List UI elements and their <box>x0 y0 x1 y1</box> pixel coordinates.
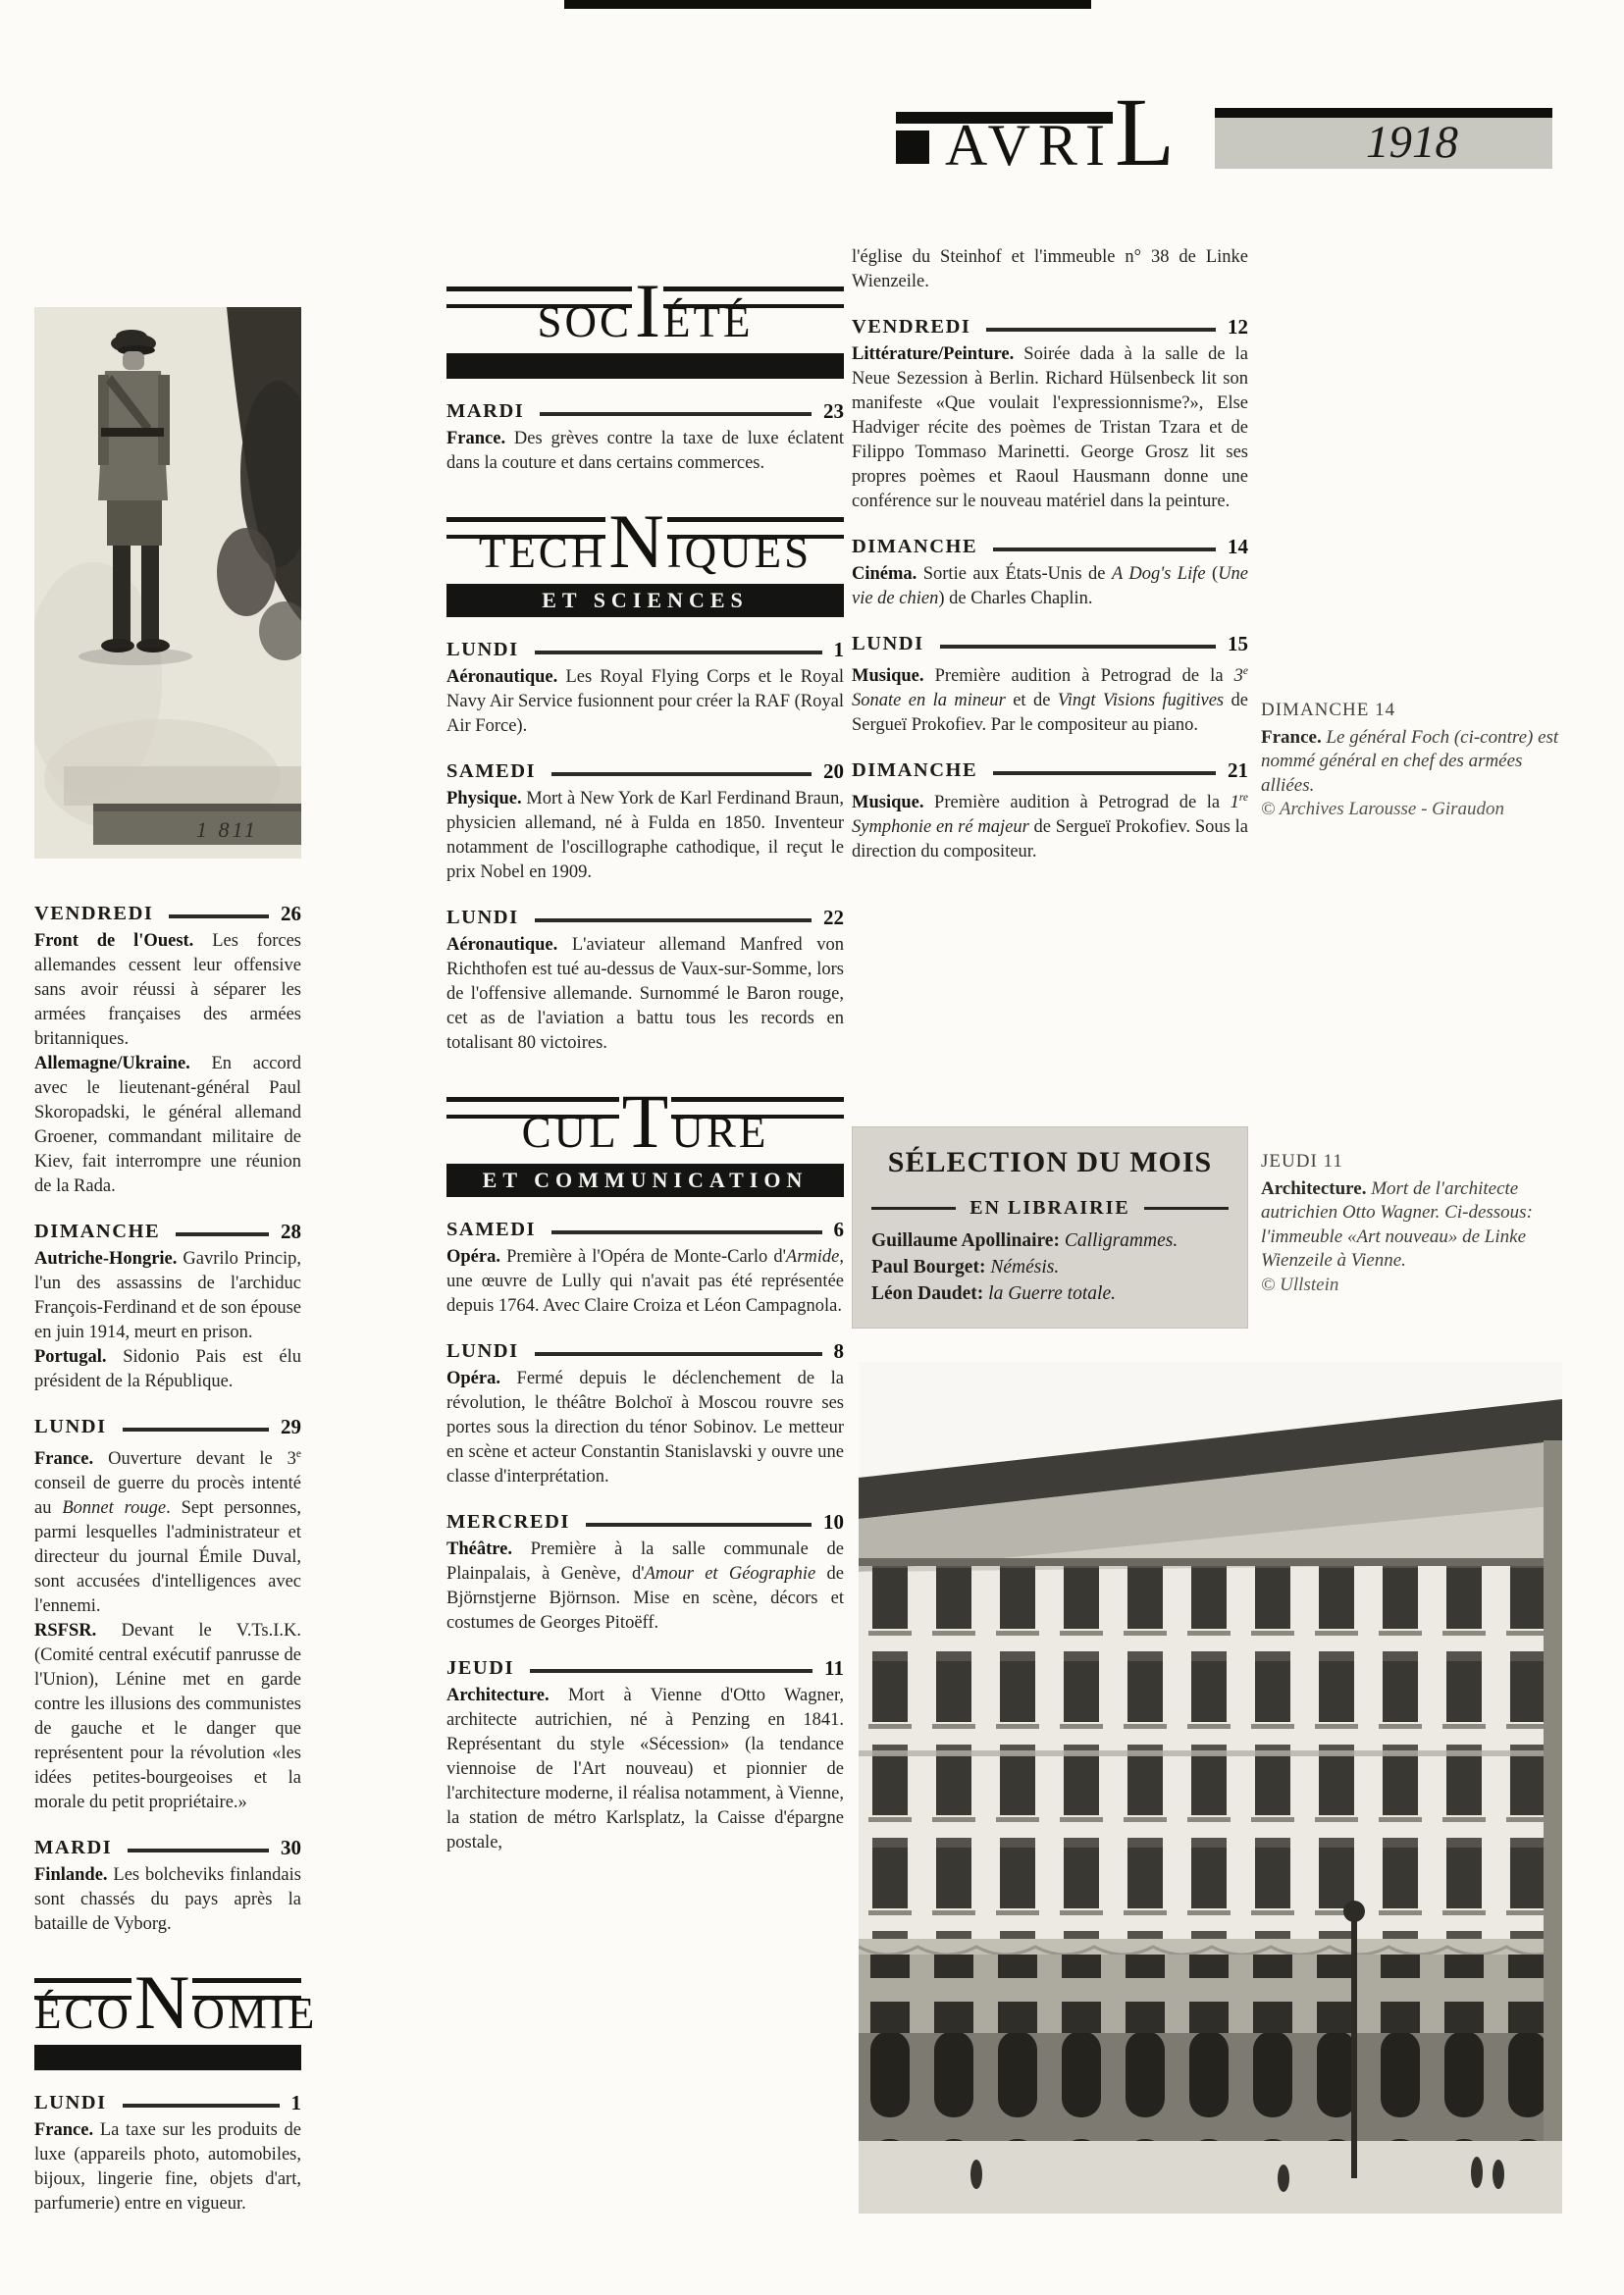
text-segment: 3 <box>1234 666 1243 686</box>
right-column: l'église du Steinhof et l'immeuble n° 38… <box>852 245 1248 864</box>
entry-day-rule <box>540 411 812 416</box>
caption-body: France. Le général Foch (ci-contre) est … <box>1261 726 1563 799</box>
entry-day-label: LUNDI <box>34 1416 107 1438</box>
text-segment: France. <box>446 429 505 448</box>
book-list-item: Guillaume Apollinaire: Calligrammes. <box>871 1227 1229 1254</box>
text-segment: Finlande. <box>34 1865 108 1885</box>
entry-day-row: SAMEDI20 <box>446 759 844 784</box>
text-segment: Autriche-Hongrie. <box>34 1249 177 1269</box>
entry-paragraph: Autriche-Hongrie. Gavrilo Princip, l'un … <box>34 1247 301 1345</box>
entry-day-label: JEUDI <box>446 1657 514 1680</box>
section-title-post: IQUES <box>667 528 812 577</box>
text-segment: Vingt Visions fugitives <box>1058 691 1224 710</box>
entry-day-number: 8 <box>834 1339 845 1364</box>
margin-caption-foch: DIMANCHE 14 France. Le général Foch (ci-… <box>1261 699 1563 822</box>
text-segment: En accord avec le lieutenant-général Pau… <box>34 1054 301 1196</box>
section-title-pre: ÉCO <box>34 1989 131 2038</box>
entry-day-rule <box>176 1231 269 1236</box>
entry-day-rule <box>535 917 812 922</box>
entry-day-label: VENDREDI <box>852 316 970 339</box>
entry-day-number: 1 <box>834 638 845 662</box>
caption-credit: © Archives Larousse - Giraudon <box>1261 798 1563 822</box>
entry-day-rule <box>530 1668 812 1673</box>
subtitle-rule-left <box>871 1207 956 1210</box>
entry-day-row: DIMANCHE28 <box>34 1220 301 1244</box>
text-segment: Sonate en la mineur <box>852 691 1006 710</box>
text-segment: l'église du Steinhof et l'immeuble n° 38… <box>852 247 1248 291</box>
year-badge: 1918 <box>1215 108 1552 169</box>
entry-day-label: DIMANCHE <box>852 536 977 558</box>
magazine-page: AVRIL 1918 <box>0 0 1624 2295</box>
text-segment: Cinéma. <box>852 564 917 584</box>
foch-photo-art: 1 811 <box>34 307 301 859</box>
section-title: TECHNIQUES <box>446 505 844 575</box>
entry-day-number: 22 <box>823 906 844 930</box>
entry-day-row: LUNDI29 <box>34 1415 301 1439</box>
entry-day-number: 10 <box>823 1510 844 1535</box>
entry-day-number: 20 <box>823 759 844 784</box>
entry-day-label: SAMEDI <box>446 1219 536 1241</box>
building-photo-art <box>859 1362 1562 2214</box>
selection-items: Guillaume Apollinaire: Calligrammes.Paul… <box>852 1227 1248 1307</box>
entry-day-row: MARDI23 <box>446 399 844 424</box>
entry-paragraph: Aéronautique. L'aviateur allemand Manfre… <box>446 933 844 1056</box>
entry-day-rule <box>551 1229 821 1234</box>
entry-day-rule <box>535 650 822 654</box>
text-segment: Mort à Vienne d'Otto Wagner, architecte … <box>446 1686 844 1852</box>
section-bar <box>34 2045 301 2070</box>
entry-day-row: LUNDI8 <box>446 1339 844 1364</box>
entry-day-rule <box>986 327 1216 332</box>
entry-day-rule <box>993 770 1216 775</box>
foch-photo: 1 811 <box>34 307 301 859</box>
text-segment: Aéronautique. <box>446 935 557 955</box>
book-list-item: Paul Bourget: Némésis. <box>871 1254 1229 1280</box>
entry-day-row: DIMANCHE14 <box>852 535 1248 559</box>
entry-day-rule <box>123 2103 280 2108</box>
entry-day-row: LUNDI15 <box>852 632 1248 656</box>
text-segment: Symphonie en ré majeur <box>852 817 1029 837</box>
entry-paragraph: Physique. Mort à New York de Karl Ferdin… <box>446 787 844 885</box>
section-title: SOCIÉTÉ <box>446 275 844 344</box>
section-title-pre: SOC <box>538 297 633 346</box>
entry-day-label: MARDI <box>34 1837 112 1859</box>
caption-day-label: DIMANCHE 14 <box>1261 699 1563 723</box>
entry-day-label: SAMEDI <box>446 760 536 783</box>
entry-day-rule <box>169 913 269 918</box>
margin-caption-wagner: JEUDI 11 Architecture. Mort de l'archite… <box>1261 1150 1563 1297</box>
year-text: 1918 <box>1215 118 1552 167</box>
masthead: AVRIL <box>896 90 1192 179</box>
entry-day-number: 23 <box>823 399 844 424</box>
entry-paragraph: Littérature/Peinture. Soirée dada à la s… <box>852 342 1248 514</box>
text-segment: ) de Charles Chaplin. <box>938 589 1092 608</box>
text-segment: Musique. <box>852 793 924 812</box>
book-author: Léon Daudet: <box>871 1283 988 1304</box>
entry-day-row: DIMANCHE21 <box>852 758 1248 783</box>
text-segment: Architecture. <box>446 1686 550 1705</box>
text-segment: Opéra. <box>446 1247 500 1267</box>
text-segment: Ouverture devant le 3 <box>93 1449 296 1469</box>
section-header: CULTUREET COMMUNICATION <box>446 1085 844 1197</box>
entry-day-label: LUNDI <box>446 907 519 929</box>
entry-day-rule <box>940 644 1216 649</box>
month-title-big-letter: L <box>1113 78 1177 186</box>
book-title: la Guerre totale. <box>988 1283 1116 1304</box>
section-title-post: URE <box>671 1108 768 1157</box>
section-header: TECHNIQUESET SCIENCES <box>446 505 844 617</box>
entry-day-number: 30 <box>281 1836 301 1860</box>
text-segment: re <box>1239 792 1248 804</box>
text-segment: Première audition à Petrograd de la <box>924 793 1231 812</box>
entry-paragraph: Architecture. Mort à Vienne d'Otto Wagne… <box>446 1684 844 1855</box>
text-segment: 1 <box>1231 793 1239 812</box>
text-segment: Première à l'Opéra de Monte-Carlo d' <box>500 1247 786 1267</box>
entry-day-rule <box>128 1848 269 1852</box>
entry-day-label: VENDREDI <box>34 903 153 925</box>
section-title-big-letter: I <box>632 268 663 353</box>
text-segment: Portugal. <box>34 1347 106 1367</box>
section-header: SOCIÉTÉ <box>446 275 844 379</box>
caption-lead: Architecture. <box>1261 1178 1366 1199</box>
entry-day-number: 6 <box>834 1218 845 1242</box>
entry-day-row: LUNDI22 <box>446 906 844 930</box>
left-column: VENDREDI26Front de l'Ouest. Les forces a… <box>34 881 301 2217</box>
entry-day-label: DIMANCHE <box>852 759 977 782</box>
caption-lead: France. <box>1261 727 1322 748</box>
scan-edge-strip <box>564 0 1091 9</box>
entry-day-row: MERCREDI10 <box>446 1510 844 1535</box>
selection-subtitle-row: EN LIBRAIRIE <box>871 1197 1229 1220</box>
entry-day-number: 11 <box>824 1656 844 1681</box>
text-segment: Littérature/Peinture. <box>852 344 1014 364</box>
entry-day-number: 14 <box>1228 535 1248 559</box>
section-title-big-letter: T <box>619 1078 672 1164</box>
text-segment: A Dog's Life <box>1112 564 1206 584</box>
entry-day-label: LUNDI <box>446 639 519 661</box>
text-segment: Théâtre. <box>446 1539 512 1559</box>
entry-paragraph: Portugal. Sidonio Pais est élu président… <box>34 1345 301 1394</box>
entry-day-rule <box>535 1351 822 1356</box>
text-segment: et de <box>1006 691 1058 710</box>
photo-handwritten-number: 1 811 <box>196 817 258 842</box>
entry-day-rule <box>586 1522 812 1527</box>
text-segment: France. <box>34 1449 93 1469</box>
text-segment: e <box>296 1448 301 1460</box>
entry-paragraph: Opéra. Fermé depuis le déclenchement de … <box>446 1367 844 1489</box>
entry-day-label: LUNDI <box>852 633 924 655</box>
entry-day-number: 12 <box>1228 315 1248 339</box>
section-bar <box>446 353 844 379</box>
entry-paragraph: Musique. Première audition à Petrograd d… <box>852 786 1248 864</box>
selection-title: SÉLECTION DU MOIS <box>852 1126 1248 1179</box>
section-bar: ET SCIENCES <box>446 584 844 617</box>
building-photo <box>859 1362 1562 2214</box>
entry-day-label: LUNDI <box>446 1340 519 1363</box>
month-title-text: AVRI <box>945 113 1113 178</box>
entry-paragraph: Front de l'Ouest. Les forces allemandes … <box>34 929 301 1052</box>
section-title-pre: CUL <box>522 1108 619 1157</box>
section-title-big-letter: N <box>131 1959 192 2045</box>
book-author: Guillaume Apollinaire: <box>871 1230 1065 1251</box>
section-title-post: OMIE <box>192 1989 317 2038</box>
caption-day-label: JEUDI 11 <box>1261 1150 1563 1174</box>
entry-day-label: MARDI <box>446 400 524 423</box>
text-segment: RSFSR. <box>34 1621 96 1641</box>
entry-paragraph: Aéronautique. Les Royal Flying Corps et … <box>446 665 844 739</box>
entry-day-row: JEUDI11 <box>446 1656 844 1681</box>
entry-paragraph: Cinéma. Sortie aux États-Unis de A Dog's… <box>852 562 1248 611</box>
entry-paragraph: France. Ouverture devant le 3e conseil d… <box>34 1442 301 1619</box>
text-segment: Des grèves contre la taxe de luxe éclate… <box>446 429 844 473</box>
entry-paragraph: l'église du Steinhof et l'immeuble n° 38… <box>852 245 1248 294</box>
text-segment: e <box>1243 665 1248 677</box>
text-segment: ( <box>1206 564 1219 584</box>
entry-paragraph: France. La taxe sur les produits de luxe… <box>34 2118 301 2217</box>
section-title-post: ÉTÉ <box>663 297 753 346</box>
subtitle-rule-right <box>1144 1207 1229 1210</box>
text-segment: Allemagne/Ukraine. <box>34 1054 190 1073</box>
entry-paragraph: Musique. Première audition à Petrograd d… <box>852 659 1248 738</box>
month-title: AVRIL <box>896 90 1192 169</box>
text-segment: Soirée dada à la salle de la Neue Sezess… <box>852 344 1248 511</box>
book-author: Paul Bourget: <box>871 1257 990 1278</box>
text-segment: Armide <box>786 1247 839 1267</box>
entry-day-number: 1 <box>291 2091 302 2115</box>
text-segment: Aéronautique. <box>446 667 557 687</box>
entry-day-row: LUNDI1 <box>446 638 844 662</box>
section-title-big-letter: N <box>605 498 666 584</box>
caption-credit: © Ullstein <box>1261 1274 1563 1298</box>
selection-box: SÉLECTION DU MOIS EN LIBRAIRIE Guillaume… <box>852 1126 1248 1329</box>
text-segment: Fermé depuis le déclenchement de la révo… <box>446 1369 844 1487</box>
entry-day-rule <box>551 771 812 776</box>
section-title: ÉCONOMIE <box>34 1966 301 2036</box>
entry-day-row: VENDREDI12 <box>852 315 1248 339</box>
entry-day-number: 15 <box>1228 632 1248 656</box>
entry-day-row: MARDI30 <box>34 1836 301 1860</box>
entry-paragraph: Allemagne/Ukraine. En accord avec le lie… <box>34 1052 301 1199</box>
text-segment: Amour et Géographie <box>645 1564 816 1584</box>
entry-day-label: MERCREDI <box>446 1511 570 1534</box>
entry-day-number: 28 <box>281 1220 301 1244</box>
entry-paragraph: Opéra. Première à l'Opéra de Monte-Carlo… <box>446 1245 844 1319</box>
entry-day-label: LUNDI <box>34 2092 107 2114</box>
text-segment: Première audition à Petrograd de la <box>924 666 1234 686</box>
black-square-icon <box>896 130 929 164</box>
book-list-item: Léon Daudet: la Guerre totale. <box>871 1280 1229 1307</box>
entry-day-number: 29 <box>281 1415 301 1439</box>
text-segment: Bonnet rouge <box>62 1498 166 1518</box>
book-title: Calligrammes. <box>1065 1230 1178 1251</box>
entry-day-rule <box>123 1427 269 1432</box>
text-segment: Physique. <box>446 789 522 808</box>
text-segment: Opéra. <box>446 1369 500 1388</box>
section-header: ÉCONOMIE <box>34 1966 301 2070</box>
caption-body: Architecture. Mort de l'architecte autri… <box>1261 1177 1563 1274</box>
middle-column: SOCIÉTÉMARDI23France. Des grèves contre … <box>446 245 844 1855</box>
entry-paragraph: Théâtre. Première à la salle communale d… <box>446 1538 844 1636</box>
text-segment: Musique. <box>852 666 924 686</box>
section-title-pre: TECH <box>479 528 606 577</box>
entry-paragraph: RSFSR. Devant le V.Ts.I.K. (Comité centr… <box>34 1619 301 1815</box>
text-segment: Front de l'Ouest. <box>34 931 193 951</box>
text-segment: France. <box>34 2120 93 2140</box>
entry-day-number: 21 <box>1228 758 1248 783</box>
text-segment: Sortie aux États-Unis de <box>917 564 1112 584</box>
entry-paragraph: France. Des grèves contre la taxe de lux… <box>446 427 844 476</box>
section-bar: ET COMMUNICATION <box>446 1164 844 1197</box>
entry-day-rule <box>993 547 1216 551</box>
entry-day-row: SAMEDI6 <box>446 1218 844 1242</box>
book-title: Némésis. <box>990 1257 1059 1278</box>
selection-subtitle: EN LIBRAIRIE <box>956 1197 1143 1220</box>
entry-paragraph: Finlande. Les bolcheviks finlandais sont… <box>34 1863 301 1937</box>
entry-day-row: LUNDI1 <box>34 2091 301 2115</box>
entry-day-row: VENDREDI26 <box>34 902 301 926</box>
entry-day-label: DIMANCHE <box>34 1221 160 1243</box>
text-segment: Devant le V.Ts.I.K. (Comité central exéc… <box>34 1621 301 1812</box>
section-title: CULTURE <box>446 1085 844 1155</box>
entry-day-number: 26 <box>281 902 301 926</box>
